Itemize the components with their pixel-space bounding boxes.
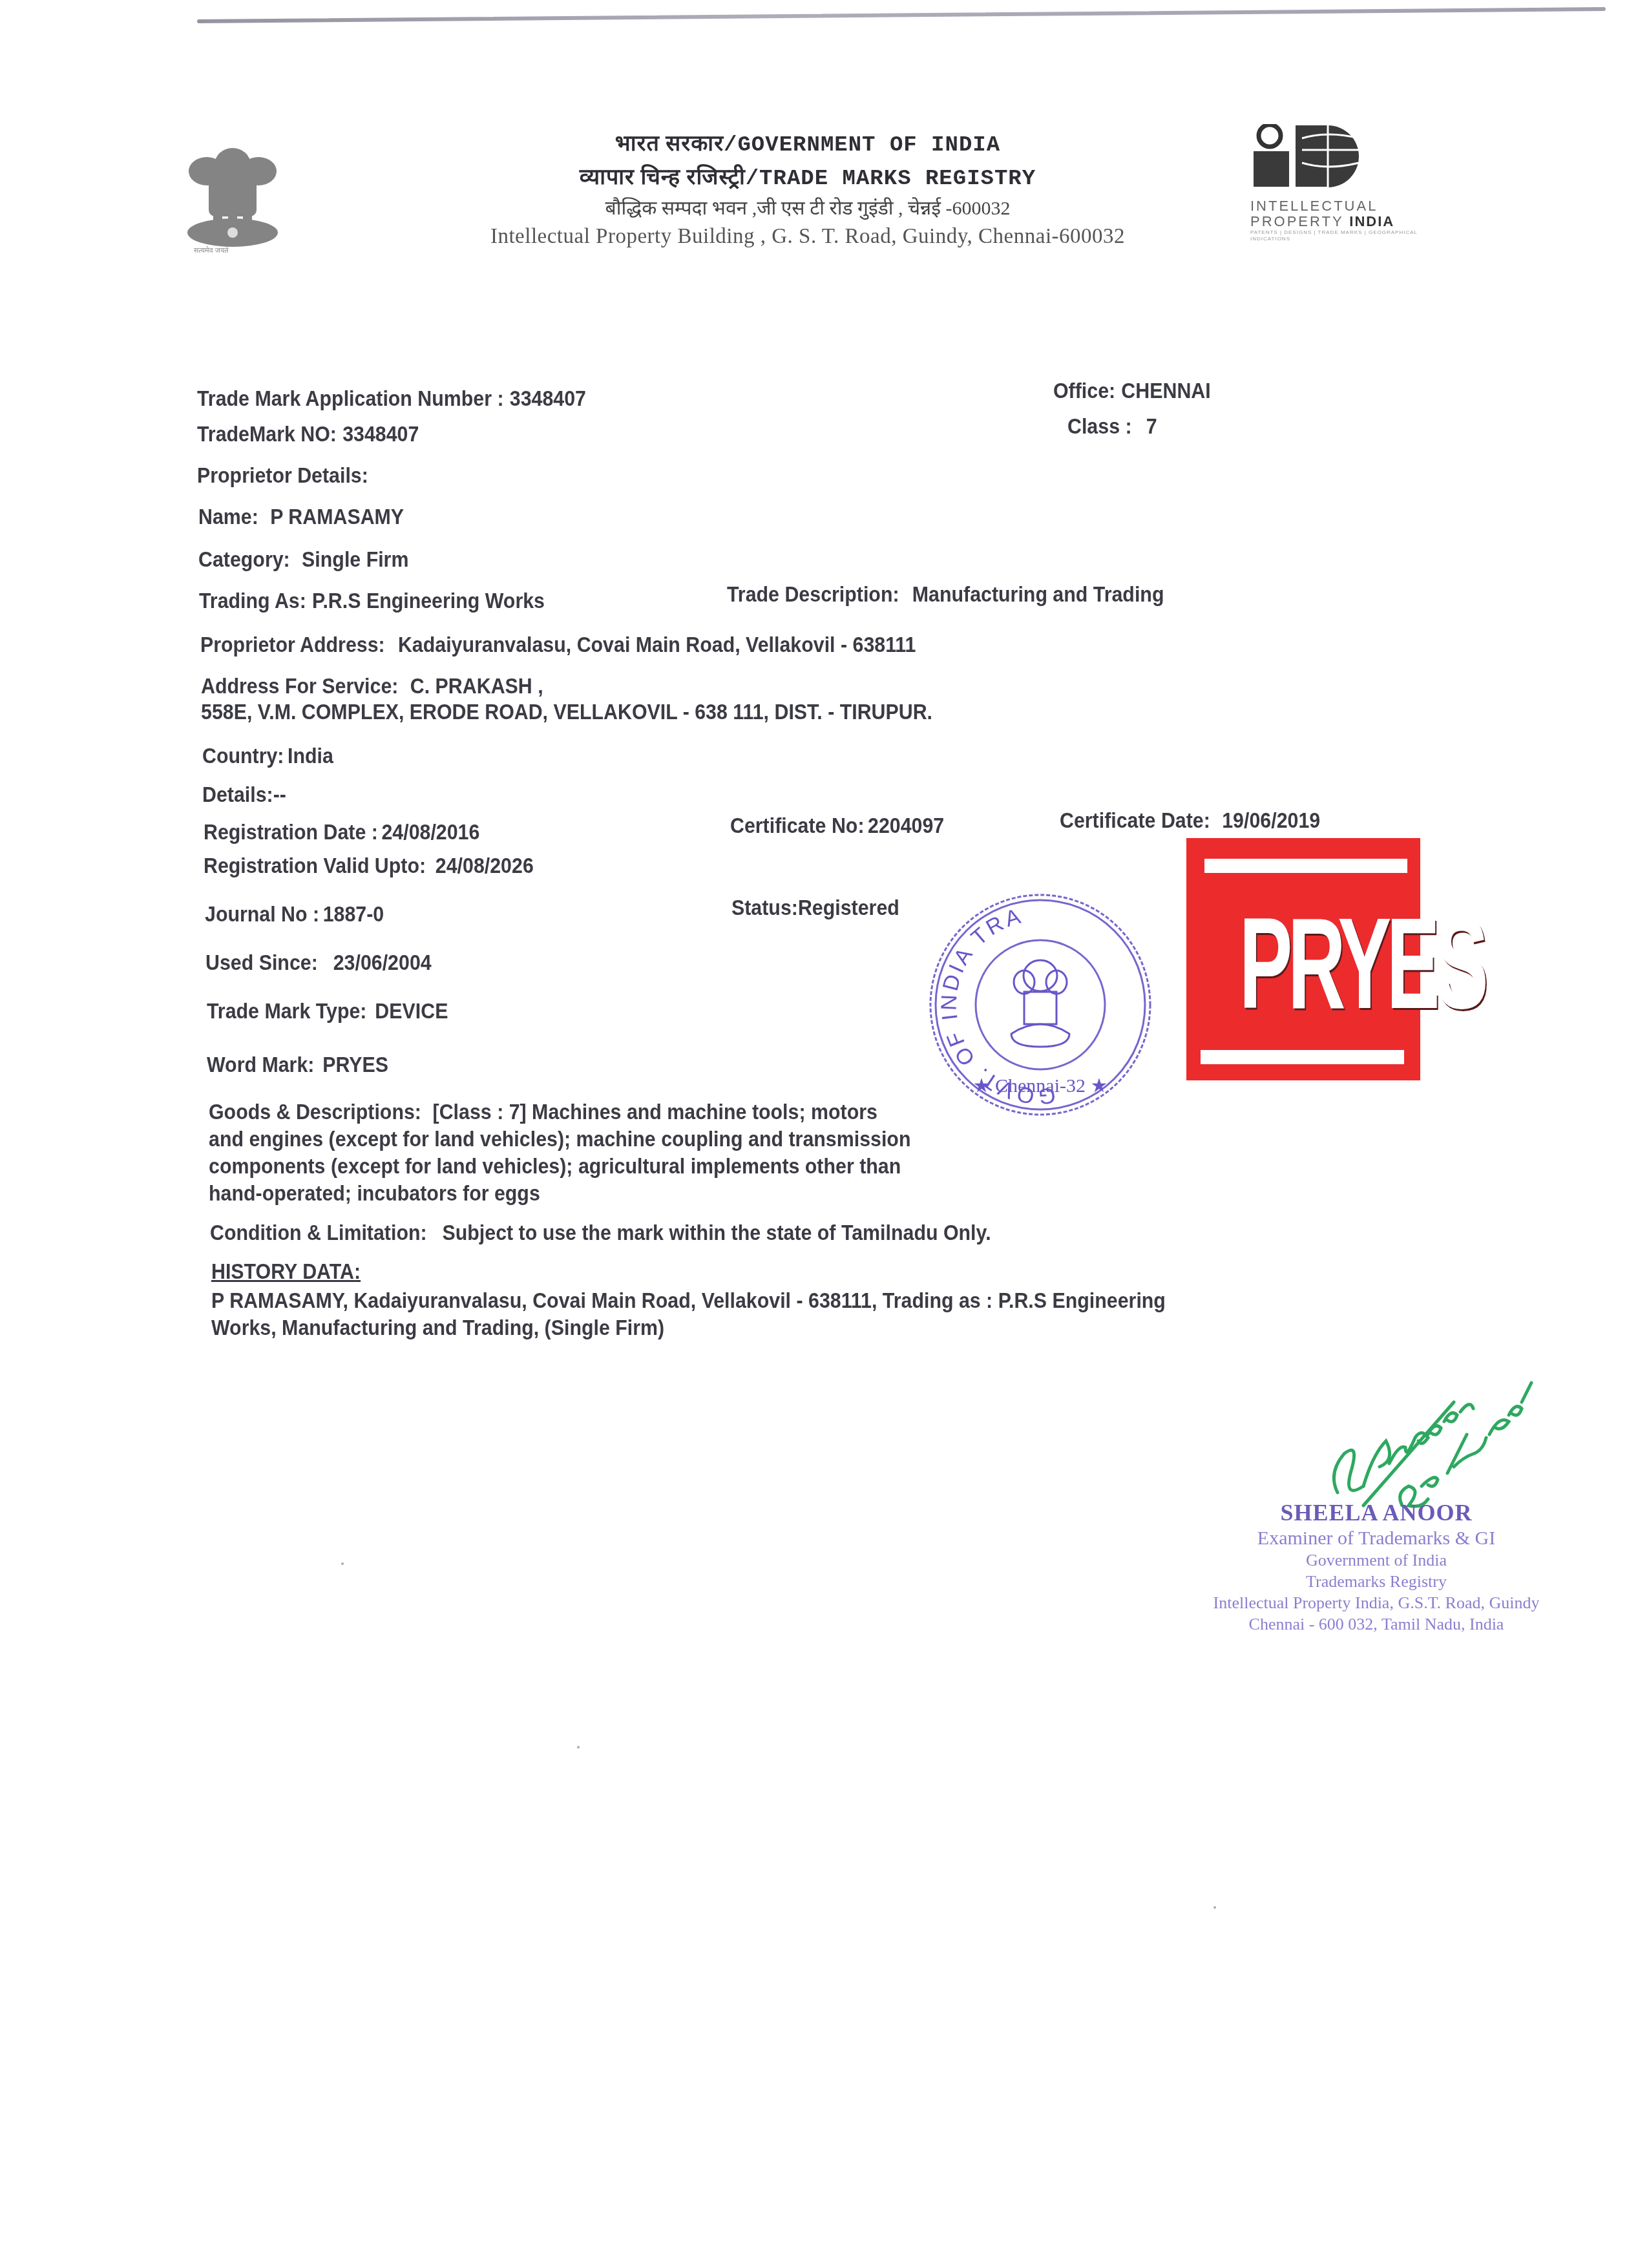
scan-speck [577,1746,580,1748]
national-emblem-icon [178,136,288,258]
certificate-no-field: Certificate No:2204097 [730,813,944,839]
proprietor-details-heading: Proprietor Details: [197,463,368,488]
emblem-caption: सत्यमेव जयते [194,246,229,255]
name-field: Name:P RAMASAMY [198,504,404,530]
details-field: Details:-- [202,782,286,808]
trademark-device-text: PRYES [1239,893,1370,1035]
ip-india-mark-icon [1250,124,1363,189]
address-for-service-line2: 558E, V.M. COMPLEX, ERODE ROAD, VELLAKOV… [201,699,932,725]
address-for-service-field: Address For Service:C. PRAKASH , [201,673,543,699]
trading-as-field: Trading As:P.R.S Engineering Works [199,588,545,614]
scan-speck [1213,1906,1216,1909]
goods-descriptions: Goods & Descriptions: [Class : 7] Machin… [209,1098,1041,1207]
trade-mark-type-field: Trade Mark Type:DEVICE [207,998,448,1024]
ip-india-logo: INTELLECTUAL PROPERTY INDIA PATENTS | DE… [1250,124,1431,242]
scan-speck [341,1562,344,1565]
registration-valid-upto-field: Registration Valid Upto:24/08/2026 [204,853,534,879]
office-field: Office:CHENNAI [1053,378,1211,404]
trademark-no-field: TradeMark NO:3348407 [197,421,419,447]
registration-date-field: Registration Date :24/08/2016 [204,819,479,845]
scan-top-border [197,7,1606,23]
status-field: Status:Registered [731,895,899,921]
class-field: Class :7 [1067,414,1157,439]
trade-description-field: Trade Description:Manufacturing and Trad… [727,582,1164,607]
examiner-title: Examiner of Trademarks & GI [1170,1528,1583,1549]
logo-bottom-bar [1201,1050,1404,1064]
ip-india-wordmark: INTELLECTUAL PROPERTY INDIA [1250,198,1431,229]
word-mark-field: Word Mark:PRYES [207,1052,388,1078]
ip-india-subtitle: PATENTS | DESIGNS | TRADE MARKS | GEOGRA… [1250,229,1431,242]
country-field: Country:India [202,743,333,769]
trademark-device-image: PRYES [1186,838,1420,1080]
certificate-date-field: Certificate Date:19/06/2019 [1060,808,1320,834]
status-value: Registered [798,896,899,919]
category-field: Category:Single Firm [198,547,408,572]
registry-seal-icon: GOVT. OF INDIA TRADE MARKS REGISTRY ★ Ch… [921,885,1160,1124]
header-line-3-hindi-address: बौद्धिक सम्पदा भवन ,जी एस टी रोड गुइंडी … [433,195,1182,222]
header-line-1: भारत सरकार/GOVERNMENT OF INDIA [433,128,1182,162]
header-line-2: व्यापार चिन्ह रजिस्ट्री/TRADE MARKS REGI… [433,162,1182,195]
condition-limitation-field: Condition & Limitation:Subject to use th… [210,1220,991,1246]
examiner-signature [1325,1376,1544,1512]
application-number-field: Trade Mark Application Number :3348407 [197,386,586,412]
proprietor-address-field: Proprietor Address:Kadaiyuranvalasu, Cov… [200,632,916,658]
history-data: P RAMASAMY, Kadaiyuranvalasu, Covai Main… [211,1287,1341,1341]
letterhead: भारत सरकार/GOVERNMENT OF INDIA व्यापार च… [433,128,1182,251]
history-data-heading: HISTORY DATA: [211,1259,361,1285]
logo-top-bar [1204,859,1407,873]
examiner-name: SHEELA ANOOR [1170,1498,1583,1528]
journal-no-field: Journal No :1887-0 [205,901,384,927]
header-address: Intellectual Property Building , G. S. T… [433,222,1182,251]
seal-city-text: ★ Chennai-32 ★ [973,1075,1108,1097]
used-since-field: Used Since:23/06/2004 [205,950,432,976]
examiner-stamp: SHEELA ANOOR Examiner of Trademarks & GI… [1170,1498,1583,1635]
